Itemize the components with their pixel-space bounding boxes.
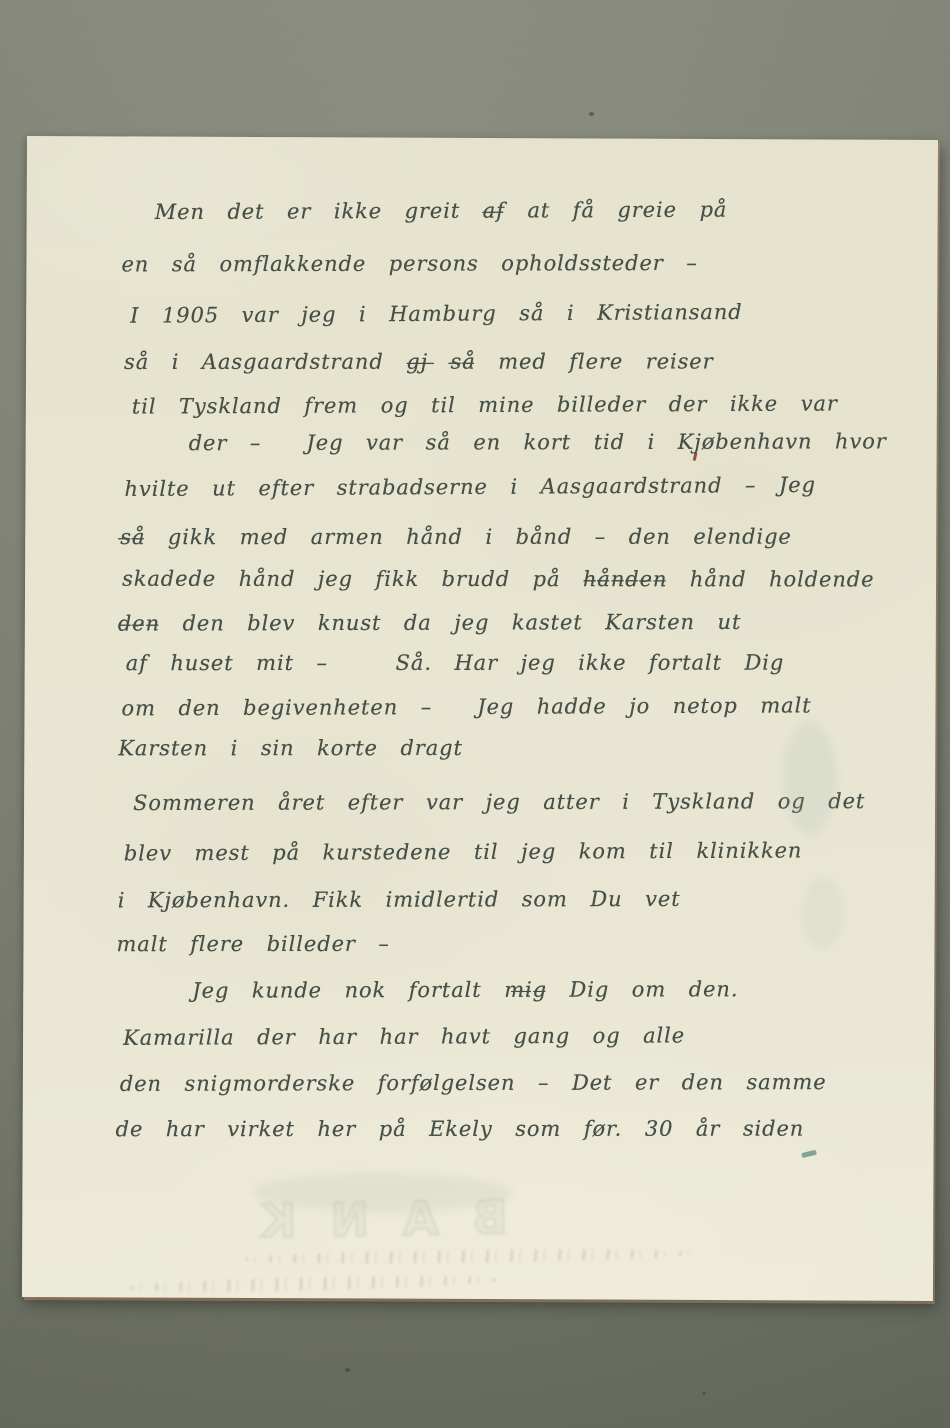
dust-speck [702,1392,706,1395]
manuscript-line-19: Kamarilla der har har havt gang og alle [123,1023,685,1049]
manuscript-line-3: I 1905 var jeg i Hamburg så i Kristiansa… [130,300,742,328]
dust-speck [589,112,594,116]
manuscript-line-2: en så omflakkende persons opholdssteder … [121,251,697,277]
manuscript-line-15: blev mest på kurstedene til jeg kom til … [124,838,803,865]
bleedthrough-smudge [782,721,838,836]
manuscript-line-9: skadede hånd jeg fikk brudd på h̶å̶n̶d̶e… [122,567,874,592]
red-ink-fleck [693,452,698,461]
manuscript-line-7: hvilte ut efter strabadserne i Aasgaards… [124,473,816,501]
bleedthrough-smudge [801,877,843,949]
manuscript-line-8: s̶å̶ gikk med armen hånd i bånd – den el… [120,525,792,550]
manuscript-line-4: så i Aasgaardstrand g̶j̶ ̶s̶å̶ med flere… [124,349,714,374]
manuscript-line-21: de har virket her på Ekely som før. 30 å… [116,1117,805,1142]
manuscript-line-5: til Tyskland frem og til mine billeder d… [132,391,838,418]
ghost-bank-bleedthrough-text: BANK [127,1189,608,1257]
dust-speck [345,1368,350,1372]
manuscript-line-16: i Kjøbenhavn. Fikk imidlertid som Du vet [118,887,681,912]
manuscript-line-17: malt flere billeder – [116,932,389,956]
manuscript-line-10: d̶e̶n̶ den blev knust da jeg kastet Kars… [118,610,741,636]
photo-background: Men det er ikke greit a̶f̶ at få greie p… [0,0,950,1428]
manuscript-line-20: den snigmorderske forfølgelsen – Det er … [120,1070,827,1096]
manuscript-line-14: Sommeren året efter var jeg atter i Tysk… [133,789,865,815]
manuscript-line-11: af huset mit – Så. Har jeg ikke fortalt … [126,651,785,676]
manuscript-line-12: om den begivenheten – Jeg hadde jo netop… [121,693,811,720]
manuscript-line-6: der – Jeg var så en kort tid i Kjøbenhav… [189,429,887,455]
manuscript-line-1: Men det er ikke greit a̶f̶ at få greie p… [155,198,728,224]
manuscript-line-18: Jeg kunde nok fortalt m̶i̶g̶ Dig om den. [192,977,738,1002]
manuscript-line-13: Karsten i sin korte dragt [118,736,463,760]
teal-ink-mark [801,1150,817,1158]
letter-page: Men det er ikke greit a̶f̶ at få greie p… [22,136,938,1301]
ghost-handwriting-bleedthrough [126,1273,501,1294]
